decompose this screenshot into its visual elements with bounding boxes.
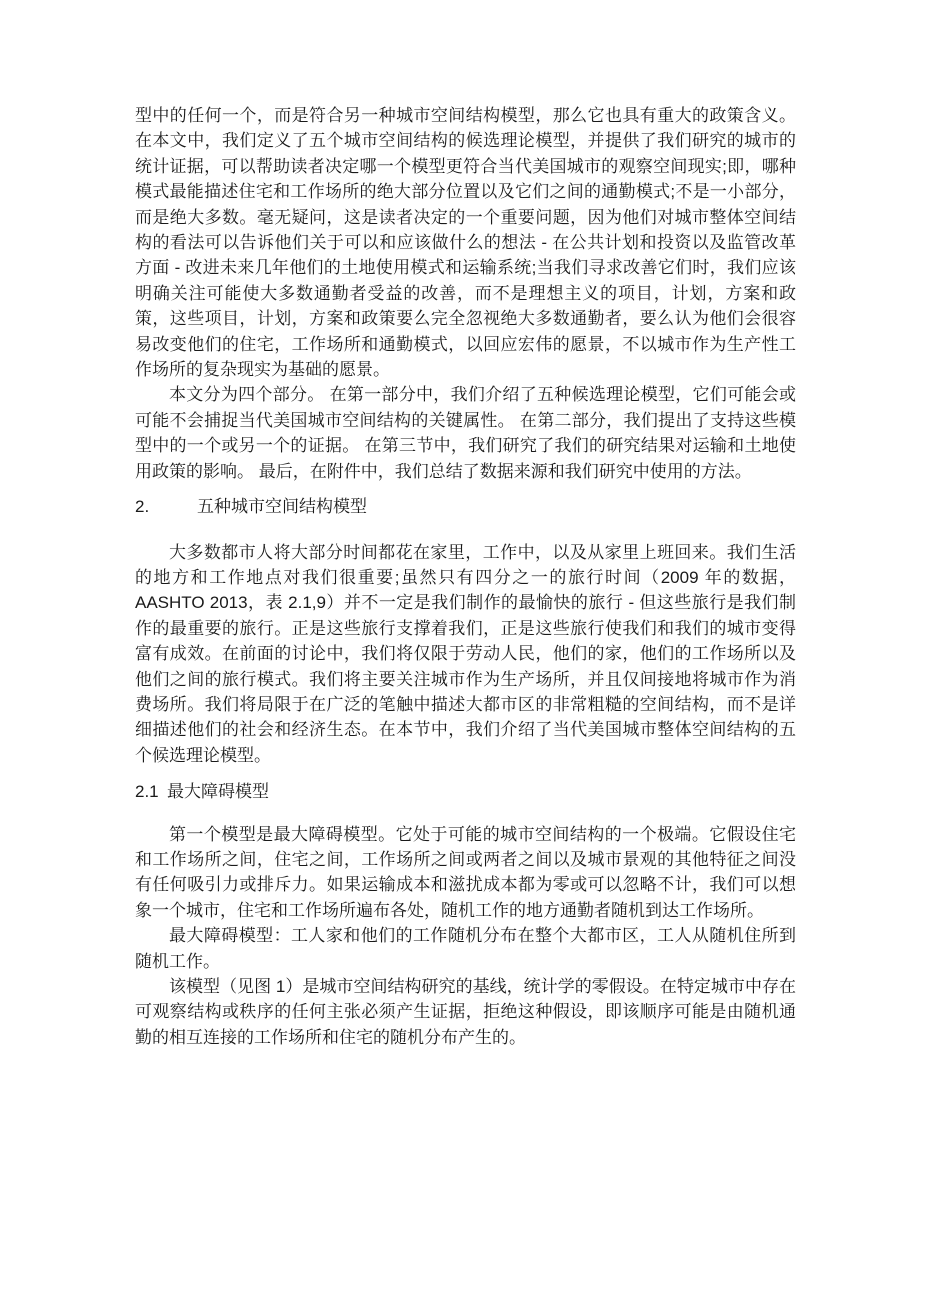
document-page: 型中的任何一个，而是符合另一种城市空间结构模型，那么它也具有重大的政策含义。在本… [0,0,926,1309]
paragraph-max-disorder-description: 第一个模型是最大障碍模型。它处于可能的城市空间结构的一个极端。它假设住宅和工作场… [135,822,796,924]
section-heading-2-1: 2.1最大障碍模型 [135,779,796,804]
subsection-title: 最大障碍模型 [167,782,269,801]
subsection-number: 2.1 [135,779,167,804]
paragraph-section2-intro: 大多数都市人将大部分时间都花在家里，工作中，以及从家里上班回来。我们生活的地方和… [135,540,796,769]
paragraph-intro-outline: 本文分为四个部分。 在第一部分中，我们介绍了五种候选理论模型，它们可能会或可能不… [135,382,796,484]
document-content: 型中的任何一个，而是符合另一种城市空间结构模型，那么它也具有重大的政策含义。在本… [135,103,796,1050]
paragraph-max-disorder-definition: 最大障碍模型：工人家和他们的工作随机分布在整个大都市区，工人从随机住所到随机工作… [135,923,796,974]
section-number: 2. [135,494,197,519]
paragraph-intro-continuation: 型中的任何一个，而是符合另一种城市空间结构模型，那么它也具有重大的政策含义。在本… [135,103,796,382]
section-title: 五种城市空间结构模型 [197,497,367,516]
section-heading-2: 2.五种城市空间结构模型 [135,494,796,519]
paragraph-max-disorder-baseline: 该模型（见图 1）是城市空间结构研究的基线，统计学的零假设。在特定城市中存在可观… [135,974,796,1050]
